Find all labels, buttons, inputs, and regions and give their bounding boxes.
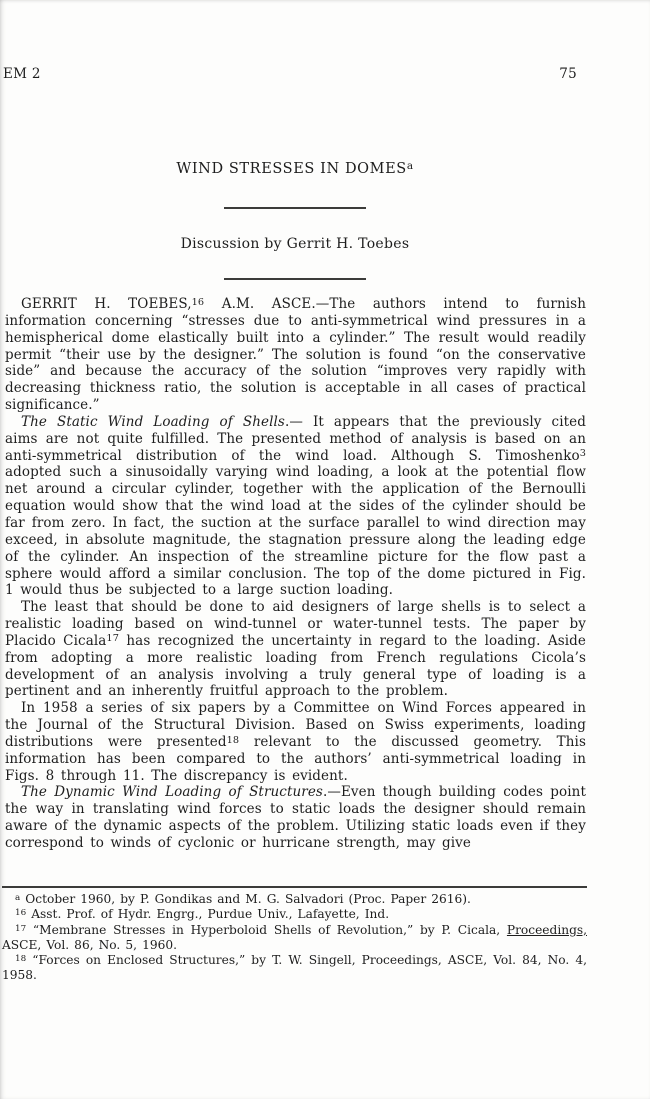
header-journal-code: EM 2	[3, 66, 41, 82]
paragraph: In 1958 a series of six papers by a Comm…	[5, 700, 586, 784]
footnote-item: a October 1960, by P. Gondikas and M. G.…	[2, 892, 587, 907]
title-footnote-marker: a	[407, 160, 414, 172]
body-paragraphs: GERRIT H. TOEBES,16 A.M. ASCE.—The autho…	[5, 296, 586, 888]
page-number: 75	[559, 66, 583, 82]
footnote-block: a October 1960, by P. Gondikas and M. G.…	[2, 886, 587, 984]
footnote-item: 17 “Membrane Stresses in Hyperboloid She…	[2, 923, 587, 954]
title-block: WIND STRESSES IN DOMESa Discussion by Ge…	[5, 161, 585, 280]
article-title: WIND STRESSES IN DOMESa	[5, 161, 585, 177]
paragraph: The Static Wind Loading of Shells.— It a…	[5, 414, 586, 599]
paragraph: GERRIT H. TOEBES,16 A.M. ASCE.—The autho…	[5, 296, 586, 414]
footnote-item: 18 “Forces on Enclosed Structures,” by T…	[2, 953, 587, 984]
running-header: EM 2 75	[3, 66, 583, 82]
footnote-item: 16 Asst. Prof. of Hydr. Engrg., Purdue U…	[2, 907, 587, 922]
article-title-text: WIND STRESSES IN DOMES	[176, 161, 407, 177]
divider-rule-bottom	[224, 278, 366, 280]
divider-rule-top	[224, 207, 366, 209]
byline: Discussion by Gerrit H. Toebes	[5, 236, 585, 252]
paragraph: The least that should be done to aid des…	[5, 599, 586, 700]
document-page: EM 2 75 WIND STRESSES IN DOMESa Discussi…	[0, 0, 650, 1099]
paragraph: The Dynamic Wind Loading of Structures.—…	[5, 784, 586, 851]
